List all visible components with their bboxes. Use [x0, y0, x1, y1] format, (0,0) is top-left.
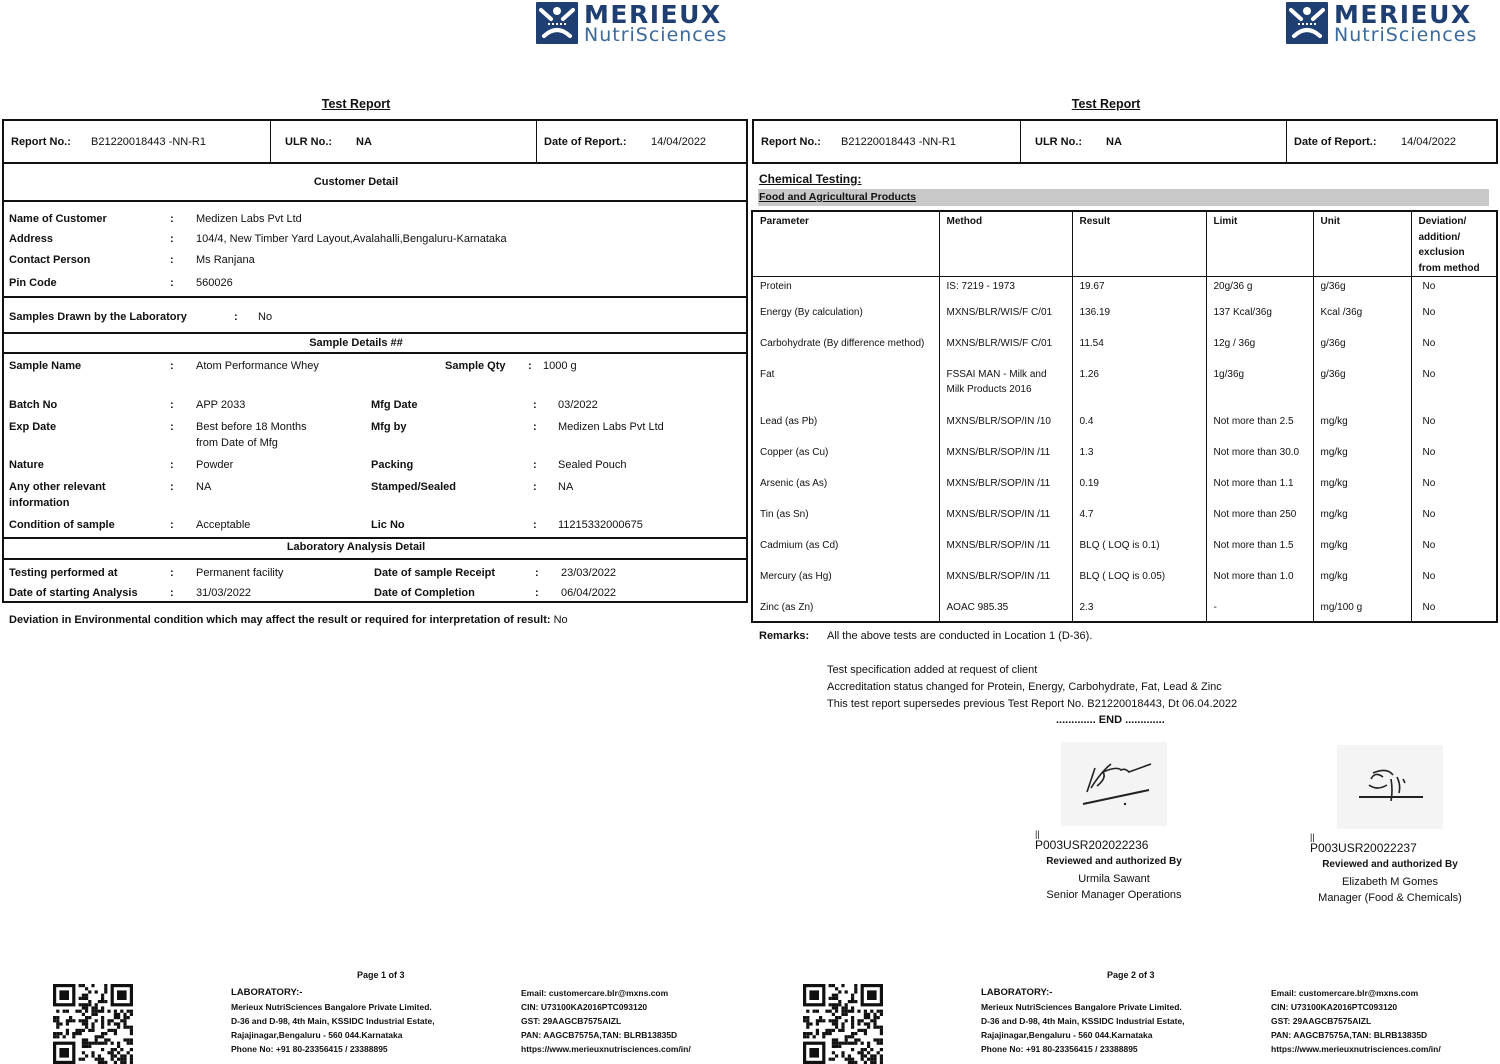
- cell-unit: mg/kg: [1313, 505, 1411, 536]
- cell-unit: g/36g: [1313, 334, 1411, 365]
- remarks-label: Remarks:: [759, 630, 809, 642]
- table-row: FatFSSAI MAN - Milk and Milk Products 20…: [752, 365, 1497, 412]
- signatory-1: ||P003USR202022236 Reviewed and authoriz…: [1034, 742, 1194, 901]
- report-no-label: Report No.:: [761, 136, 841, 148]
- brand-name: MERIEUX: [584, 2, 727, 27]
- brand-subname: NutriSciences: [1334, 26, 1477, 45]
- cell-unit: mg/kg: [1313, 567, 1411, 598]
- website-link[interactable]: https://www.merieuxnutrisciences.com/in/: [521, 1042, 691, 1056]
- cell-result: 1.26: [1072, 365, 1206, 412]
- cell-parameter: Zinc (as Zn): [752, 598, 939, 622]
- cell-deviation: No: [1411, 598, 1497, 622]
- report-date-label: Date of Report.:: [544, 136, 651, 148]
- signatory-code: P003USR20022237: [1310, 841, 1417, 855]
- cell-result: 136.19: [1072, 303, 1206, 334]
- merieux-logo: MERIEUX NutriSciences: [536, 0, 727, 46]
- cell-parameter: Energy (By calculation): [752, 303, 939, 334]
- cell-limit: Not more than 2.5: [1206, 412, 1313, 443]
- laboratory-address: LABORATORY:- Merieux NutriSciences Banga…: [231, 986, 435, 1056]
- column-header-limit: Limit: [1206, 211, 1313, 277]
- cell-limit: Not more than 1.0: [1206, 567, 1313, 598]
- cell-deviation: No: [1411, 505, 1497, 536]
- category-band: Food and Agricultural Products: [758, 189, 1489, 206]
- table-row: Mercury (as Hg)MXNS/BLR/SOP/IN /11BLQ ( …: [752, 567, 1497, 598]
- merieux-figure-icon: [1286, 2, 1328, 44]
- cell-unit: mg/kg: [1313, 412, 1411, 443]
- cell-method: MXNS/BLR/SOP/IN /11: [939, 443, 1072, 474]
- column-header-result: Result: [1072, 211, 1206, 277]
- report-header-box: Report No.:B21220018443 -NN-R1 ULR No.:N…: [2, 119, 748, 164]
- table-row: Arsenic (as As)MXNS/BLR/SOP/IN /110.19No…: [752, 474, 1497, 505]
- table-row: Zinc (as Zn)AOAC 985.352.3-mg/100 gNo: [752, 598, 1497, 622]
- cell-deviation: No: [1411, 443, 1497, 474]
- remark-line: Accreditation status changed for Protein…: [827, 681, 1222, 693]
- qr-code-icon: [53, 984, 133, 1064]
- signature-icon: [1337, 745, 1443, 829]
- cell-limit: 1g/36g: [1206, 365, 1313, 412]
- merieux-logo: MERIEUX NutriSciences: [1286, 0, 1477, 46]
- cell-method: MXNS/BLR/SOP/IN /11: [939, 474, 1072, 505]
- remark-line: Test specification added at request of c…: [827, 664, 1037, 676]
- merieux-figure-icon: [536, 2, 578, 44]
- page-number: Page 1 of 3: [357, 970, 405, 980]
- signatory-name: Elizabeth M Gomes: [1310, 876, 1470, 888]
- signature-icon: [1061, 742, 1167, 826]
- report-page-2: MERIEUX NutriSciences Test Report Report…: [750, 0, 1500, 1064]
- reviewed-label: Reviewed and authorized By: [1310, 859, 1470, 870]
- cell-parameter: Copper (as Cu): [752, 443, 939, 474]
- category-label: Food and Agricultural Products: [758, 191, 916, 203]
- customer-detail-title: Customer Detail: [0, 176, 712, 188]
- cell-deviation: No: [1411, 303, 1497, 334]
- signatory-role: Senior Manager Operations: [1034, 889, 1194, 901]
- cell-result: 2.3: [1072, 598, 1206, 622]
- cell-parameter: Mercury (as Hg): [752, 567, 939, 598]
- cell-parameter: Arsenic (as As): [752, 474, 939, 505]
- cell-limit: Not more than 30.0: [1206, 443, 1313, 474]
- brand-subname: NutriSciences: [584, 26, 727, 45]
- cell-result: BLQ ( LOQ is 0.1): [1072, 536, 1206, 567]
- table-row: Energy (By calculation)MXNS/BLR/WIS/F C/…: [752, 303, 1497, 334]
- ulr-label: ULR No.:: [1035, 136, 1106, 148]
- qr-code-icon: [803, 984, 883, 1064]
- cell-result: 0.19: [1072, 474, 1206, 505]
- cell-deviation: No: [1411, 474, 1497, 505]
- cell-parameter: Cadmium (as Cd): [752, 536, 939, 567]
- signatory-code: P003USR202022236: [1035, 838, 1148, 852]
- report-date-value: 14/04/2022: [1401, 136, 1456, 148]
- cell-parameter: Carbohydrate (By difference method): [752, 334, 939, 365]
- signatory-role: Manager (Food & Chemicals): [1310, 892, 1470, 904]
- cell-parameter: Protein: [752, 277, 939, 303]
- cell-limit: Not more than 250: [1206, 505, 1313, 536]
- cell-result: 4.7: [1072, 505, 1206, 536]
- cell-result: BLQ ( LOQ is 0.05): [1072, 567, 1206, 598]
- cell-method: FSSAI MAN - Milk and Milk Products 2016: [939, 365, 1072, 412]
- report-no-value: B21220018443 -NN-R1: [841, 136, 956, 148]
- report-date-value: 14/04/2022: [651, 136, 706, 148]
- cell-limit: Not more than 1.1: [1206, 474, 1313, 505]
- table-row: Carbohydrate (By difference method)MXNS/…: [752, 334, 1497, 365]
- cell-limit: 20g/36 g: [1206, 277, 1313, 303]
- end-marker: ............. END .............: [1056, 714, 1165, 726]
- deviation-statement: Deviation in Environmental condition whi…: [9, 614, 568, 626]
- cell-deviation: No: [1411, 567, 1497, 598]
- cell-limit: -: [1206, 598, 1313, 622]
- cell-deviation: No: [1411, 365, 1497, 412]
- cell-deviation: No: [1411, 334, 1497, 365]
- column-header-unit: Unit: [1313, 211, 1411, 277]
- website-link[interactable]: https://www.merieuxnutrisciences.com/in/: [1271, 1042, 1441, 1056]
- cell-parameter: Tin (as Sn): [752, 505, 939, 536]
- cell-method: MXNS/BLR/SOP/IN /10: [939, 412, 1072, 443]
- ulr-label: ULR No.:: [285, 136, 356, 148]
- cell-deviation: No: [1411, 412, 1497, 443]
- cell-unit: mg/kg: [1313, 443, 1411, 474]
- cell-result: 19.67: [1072, 277, 1206, 303]
- brand-name: MERIEUX: [1334, 2, 1477, 27]
- report-no-label: Report No.:: [11, 136, 91, 148]
- sample-details-title: Sample Details ##: [0, 337, 712, 349]
- cell-method: MXNS/BLR/WIS/F C/01: [939, 303, 1072, 334]
- cell-unit: g/36g: [1313, 277, 1411, 303]
- cell-result: 1.3: [1072, 443, 1206, 474]
- page-number: Page 2 of 3: [1107, 970, 1155, 980]
- table-row: Lead (as Pb)MXNS/BLR/SOP/IN /100.4Not mo…: [752, 412, 1497, 443]
- report-date-label: Date of Report.:: [1294, 136, 1401, 148]
- report-no-value: B21220018443 -NN-R1: [91, 136, 206, 148]
- cell-method: MXNS/BLR/SOP/IN /11: [939, 536, 1072, 567]
- report-page-1: MERIEUX NutriSciences Test Report Report…: [0, 0, 750, 1064]
- cell-limit: 12g / 36g: [1206, 334, 1313, 365]
- cell-limit: 137 Kcal/36g: [1206, 303, 1313, 334]
- signatory-name: Urmila Sawant: [1034, 873, 1194, 885]
- signatory-2: ||P003USR20022237 Reviewed and authorize…: [1310, 745, 1470, 904]
- report-header-box: Report No.:B21220018443 -NN-R1 ULR No.:N…: [752, 119, 1498, 164]
- cell-method: IS: 7219 - 1973: [939, 277, 1072, 303]
- column-header-deviation: Deviation/ addition/ exclusion from meth…: [1411, 211, 1497, 277]
- cell-parameter: Fat: [752, 365, 939, 412]
- ulr-value: NA: [1106, 136, 1122, 148]
- cell-method: MXNS/BLR/WIS/F C/01: [939, 334, 1072, 365]
- results-table: ParameterMethodResultLimitUnitDeviation/…: [751, 210, 1498, 623]
- ulr-value: NA: [356, 136, 372, 148]
- laboratory-contact: Email: customercare.blr@mxns.com CIN: U7…: [1271, 986, 1441, 1056]
- cell-result: 11.54: [1072, 334, 1206, 365]
- cell-method: MXNS/BLR/SOP/IN /11: [939, 567, 1072, 598]
- chemical-testing-title: Chemical Testing:: [759, 172, 861, 186]
- lab-analysis-title: Laboratory Analysis Detail: [0, 541, 712, 553]
- column-header-method: Method: [939, 211, 1072, 277]
- cell-method: MXNS/BLR/SOP/IN /11: [939, 505, 1072, 536]
- cell-deviation: No: [1411, 277, 1497, 303]
- cell-unit: mg/100 g: [1313, 598, 1411, 622]
- cell-result: 0.4: [1072, 412, 1206, 443]
- laboratory-contact: Email: customercare.blr@mxns.com CIN: U7…: [521, 986, 691, 1056]
- cell-unit: Kcal /36g: [1313, 303, 1411, 334]
- cell-unit: g/36g: [1313, 365, 1411, 412]
- cell-limit: Not more than 1.5: [1206, 536, 1313, 567]
- column-header-parameter: Parameter: [752, 211, 939, 277]
- remark-line: This test report supersedes previous Tes…: [827, 698, 1237, 710]
- cell-unit: mg/kg: [1313, 536, 1411, 567]
- table-row: Tin (as Sn)MXNS/BLR/SOP/IN /114.7Not mor…: [752, 505, 1497, 536]
- reviewed-label: Reviewed and authorized By: [1034, 856, 1194, 867]
- laboratory-address: LABORATORY:- Merieux NutriSciences Banga…: [981, 986, 1185, 1056]
- cell-deviation: No: [1411, 536, 1497, 567]
- table-row: ProteinIS: 7219 - 197319.6720g/36 gg/36g…: [752, 277, 1497, 303]
- report-title: Test Report: [0, 97, 712, 111]
- cell-method: AOAC 985.35: [939, 598, 1072, 622]
- remark-line: All the above tests are conducted in Loc…: [827, 630, 1092, 642]
- table-row: Copper (as Cu)MXNS/BLR/SOP/IN /111.3Not …: [752, 443, 1497, 474]
- cell-unit: mg/kg: [1313, 474, 1411, 505]
- report-title: Test Report: [750, 97, 1462, 111]
- cell-parameter: Lead (as Pb): [752, 412, 939, 443]
- table-row: Cadmium (as Cd)MXNS/BLR/SOP/IN /11BLQ ( …: [752, 536, 1497, 567]
